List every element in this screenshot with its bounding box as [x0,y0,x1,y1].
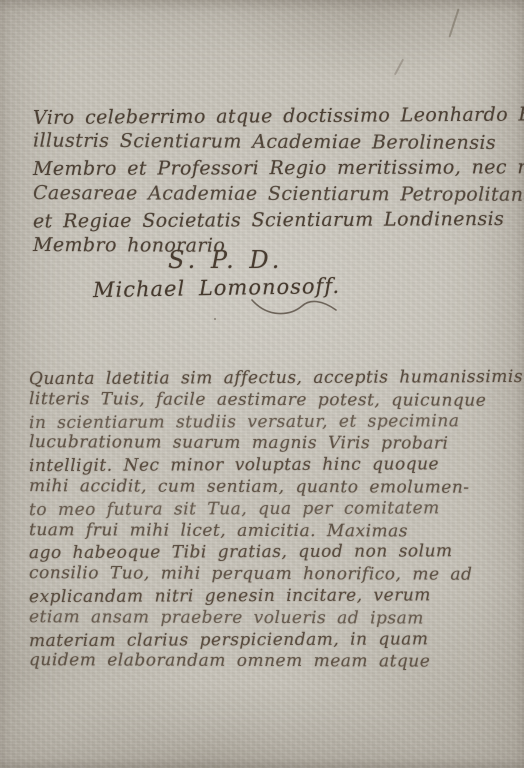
body-line: consilio Tuo, mihi perquam honorifico, m… [29,563,523,587]
signature-flourish [250,296,340,320]
signature: Michael Lomonosoff. [93,274,340,302]
body-line: ago habeoque Tibi gratias, quod non solu… [29,541,523,565]
address-line: illustris Scientiarum Academiae Beroline… [33,128,524,157]
body-line: intelligit. Nec minor voluptas hinc quoq… [29,454,523,478]
body-line: mihi accidit, cum sentiam, quanto emolum… [29,476,523,500]
address-line: Caesareae Academiae Scientiarum Petropol… [33,180,524,208]
body-line: etiam ansam praebere volueris ad ipsam [29,607,523,631]
ink-speck [214,318,216,320]
body-line: to meo futura sit Tua, qua per comitatem [29,498,523,522]
address-line: Membro et Professori Regio meritissimo, … [33,154,524,182]
body-paragraph: Quanta laetitia sim affectus, acceptis h… [29,368,523,673]
body-line: Quanta laetitia sim affectus, acceptis h… [29,367,523,391]
address-line: et Regiae Societatis Scientiarum Londine… [33,206,524,235]
address-block: Viro celeberrimo atque doctissimo Leonha… [33,103,524,259]
body-line: litteris Tuis, facile aestimare potest, … [29,389,523,413]
manuscript-page: Viro celeberrimo atque doctissimo Leonha… [0,0,524,768]
address-line: Viro celeberrimo atque doctissimo Leonha… [33,101,524,131]
scratch-mark [394,59,404,76]
scratch-mark [448,8,459,37]
greeting-spd: S. P. D. [168,246,283,274]
body-line: quidem elaborandam omnem meam atque [29,650,523,674]
body-line: in scientiarum studiis versatur, et spec… [29,411,523,435]
body-line: lucubrationum suarum magnis Viris probar… [29,433,523,457]
body-line: tuam frui mihi licet, amicitia. Maximas [29,520,523,544]
body-line: materiam clarius perspiciendam, in quam [29,628,523,652]
body-line: explicandam nitri genesin incitare, veru… [29,585,523,609]
